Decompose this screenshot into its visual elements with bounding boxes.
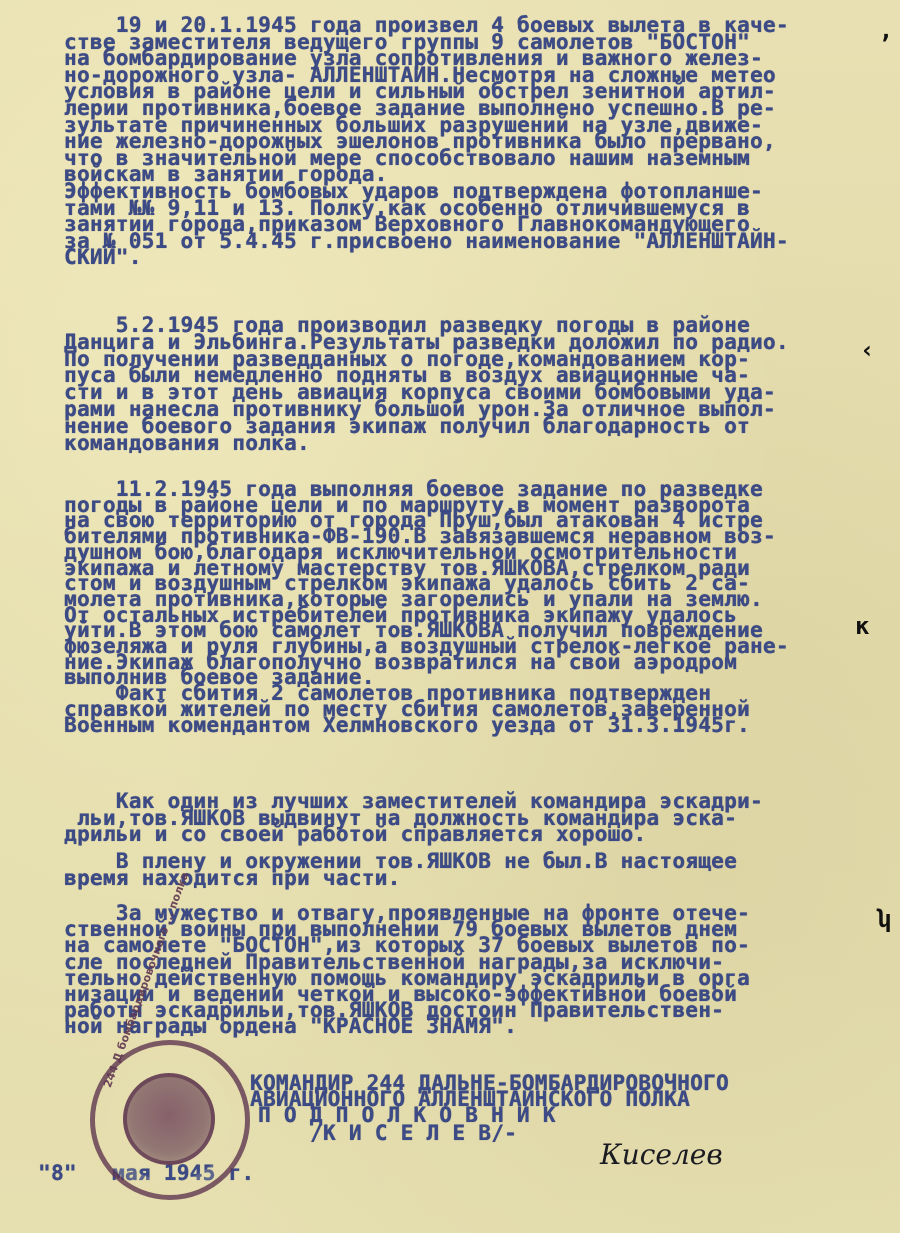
- date-day: "8": [38, 1162, 77, 1184]
- margin-mark-1: ʼ: [878, 30, 892, 58]
- text-line: командования полка.: [64, 432, 310, 454]
- margin-mark-3: ĸ: [855, 612, 869, 640]
- margin-mark-4: ʮ: [876, 905, 890, 933]
- text-line: за № 051 от 5.4.45 г.присвоено наименова…: [64, 230, 789, 252]
- text-line: Военным комендантом Хелмновского уезда о…: [64, 714, 750, 736]
- text-line: дрильи и со своей работой справляется хо…: [64, 823, 646, 845]
- margin-mark-2: ‹: [860, 336, 874, 364]
- text-line: время находится при части.: [64, 867, 401, 889]
- stamp-emblem: [123, 1073, 215, 1165]
- regiment-seal-stamp: 244 Д бомбардировочного ... полка: [90, 1040, 250, 1200]
- handwritten-signature: Киселев: [600, 1138, 723, 1171]
- signature-line: /К И С Е Л Е В/-: [310, 1122, 517, 1144]
- stamp-text: 244 Д бомбардировочного ... полка: [101, 1076, 117, 1090]
- text-line: СКИЙ".: [64, 246, 142, 268]
